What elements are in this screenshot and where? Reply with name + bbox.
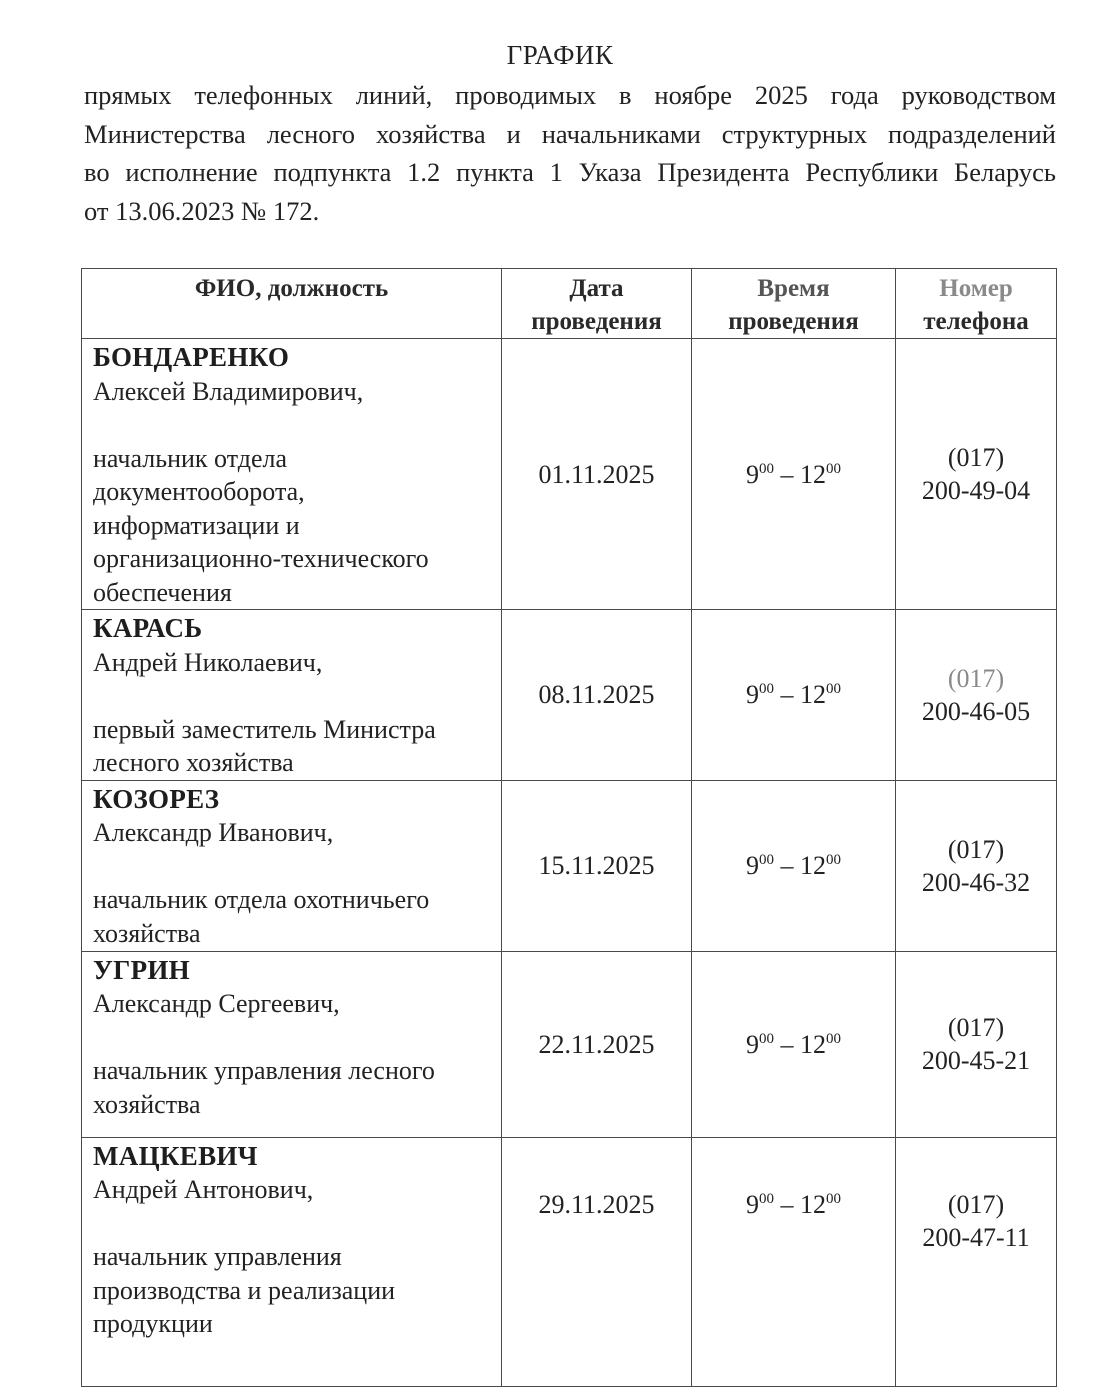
document-title: ГРАФИК (0, 38, 1120, 72)
header-date-line1: Дата (569, 275, 623, 302)
date-value: 22.11.2025 (538, 1030, 654, 1059)
header-time: Время проведения (692, 269, 896, 339)
time-cell: 900 – 1200 (692, 780, 896, 951)
phone-number: 200-45-21 (896, 1044, 1056, 1077)
phone-cell: (017) 200-47-11 (896, 1137, 1057, 1386)
date-cell: 22.11.2025 (502, 951, 692, 1137)
name-position-cell: КОЗОРЕЗ Александр Иванович, начальник от… (82, 780, 502, 951)
time-cell: 900 – 1200 (692, 951, 896, 1137)
date-value: 08.11.2025 (538, 680, 654, 709)
time-cell: 900 – 1200 (692, 339, 896, 610)
time-value: 900 – 1200 (746, 1030, 841, 1059)
header-phone: Номер телефона (896, 269, 1057, 339)
schedule-table: ФИО, должность Дата проведения Время про… (81, 268, 1057, 1387)
phone-code: (017) (896, 1188, 1056, 1221)
given-names: Александр Сергеевич, (93, 987, 493, 1021)
given-names: Алексей Владимирович, (93, 375, 493, 409)
table-row: УГРИН Александр Сергеевич, начальник упр… (82, 951, 1057, 1137)
surname: КАРАСЬ (93, 612, 493, 646)
phone-cell: (017) 200-46-05 (896, 610, 1057, 781)
intro-line: прямых телефонных линий, проводимых в но… (84, 76, 1056, 115)
intro-line: во исполнение подпункта 1.2 пункта 1 Ука… (84, 153, 1056, 192)
position-title: начальник отдела документооборота, инфор… (93, 442, 493, 610)
table-row: МАЦКЕВИЧ Андрей Антонович, начальник упр… (82, 1137, 1057, 1386)
name-position-cell: КАРАСЬ Андрей Николаевич, первый замести… (82, 610, 502, 781)
time-cell: 900 – 1200 (692, 1137, 896, 1386)
date-cell: 01.11.2025 (502, 339, 692, 610)
time-value: 900 – 1200 (746, 851, 841, 880)
time-value: 900 – 1200 (746, 680, 841, 709)
name-position-cell: УГРИН Александр Сергеевич, начальник упр… (82, 951, 502, 1137)
surname: УГРИН (93, 954, 493, 988)
date-value: 15.11.2025 (538, 851, 654, 880)
phone-number: 200-46-32 (896, 866, 1056, 899)
surname: МАЦКЕВИЧ (93, 1140, 493, 1174)
position-title: начальник управления лесного хозяйства (93, 1054, 493, 1121)
phone-code: (017) (896, 441, 1056, 474)
intro-line: от 13.06.2023 № 172. (84, 192, 1056, 231)
phone-code: (017) (896, 662, 1056, 695)
phone-number: 200-49-04 (896, 474, 1056, 507)
surname: БОНДАРЕНКО (93, 341, 493, 375)
header-phone-line2: телефона (923, 308, 1029, 335)
table-row: КОЗОРЕЗ Александр Иванович, начальник от… (82, 780, 1057, 951)
phone-code: (017) (896, 833, 1056, 866)
position-title: начальник управления производства и реал… (93, 1240, 493, 1341)
position-title: начальник отдела охотничьего хозяйства (93, 883, 493, 950)
date-value: 29.11.2025 (538, 1190, 654, 1219)
header-phone-line1: Номер (939, 275, 1013, 302)
date-cell: 08.11.2025 (502, 610, 692, 781)
header-date: Дата проведения (502, 269, 692, 339)
date-cell: 29.11.2025 (502, 1137, 692, 1386)
document-intro: прямых телефонных линий, проводимых в но… (84, 76, 1056, 230)
time-value: 900 – 1200 (746, 460, 841, 489)
given-names: Александр Иванович, (93, 816, 493, 850)
phone-cell: (017) 200-49-04 (896, 339, 1057, 610)
position-title: первый заместитель Министра лесного хозя… (93, 713, 493, 780)
given-names: Андрей Николаевич, (93, 646, 493, 680)
given-names: Андрей Антонович, (93, 1173, 493, 1207)
surname: КОЗОРЕЗ (93, 783, 493, 817)
phone-number: 200-47-11 (896, 1221, 1056, 1254)
phone-number: 200-46-05 (896, 695, 1056, 728)
phone-code: (017) (896, 1011, 1056, 1044)
phone-cell: (017) 200-46-32 (896, 780, 1057, 951)
time-cell: 900 – 1200 (692, 610, 896, 781)
phone-cell: (017) 200-45-21 (896, 951, 1057, 1137)
name-position-cell: БОНДАРЕНКО Алексей Владимирович, начальн… (82, 339, 502, 610)
date-cell: 15.11.2025 (502, 780, 692, 951)
table-row: БОНДАРЕНКО Алексей Владимирович, начальн… (82, 339, 1057, 610)
name-position-cell: МАЦКЕВИЧ Андрей Антонович, начальник упр… (82, 1137, 502, 1386)
time-value: 900 – 1200 (746, 1190, 841, 1219)
date-value: 01.11.2025 (538, 460, 654, 489)
intro-line: Министерства лесного хозяйства и начальн… (84, 115, 1056, 154)
header-name: ФИО, должность (82, 269, 502, 339)
header-time-line1: Время (757, 275, 829, 302)
table-row: КАРАСЬ Андрей Николаевич, первый замести… (82, 610, 1057, 781)
header-date-line2: проведения (531, 308, 662, 335)
table-header-row: ФИО, должность Дата проведения Время про… (82, 269, 1057, 339)
header-time-line2: проведения (728, 308, 859, 335)
